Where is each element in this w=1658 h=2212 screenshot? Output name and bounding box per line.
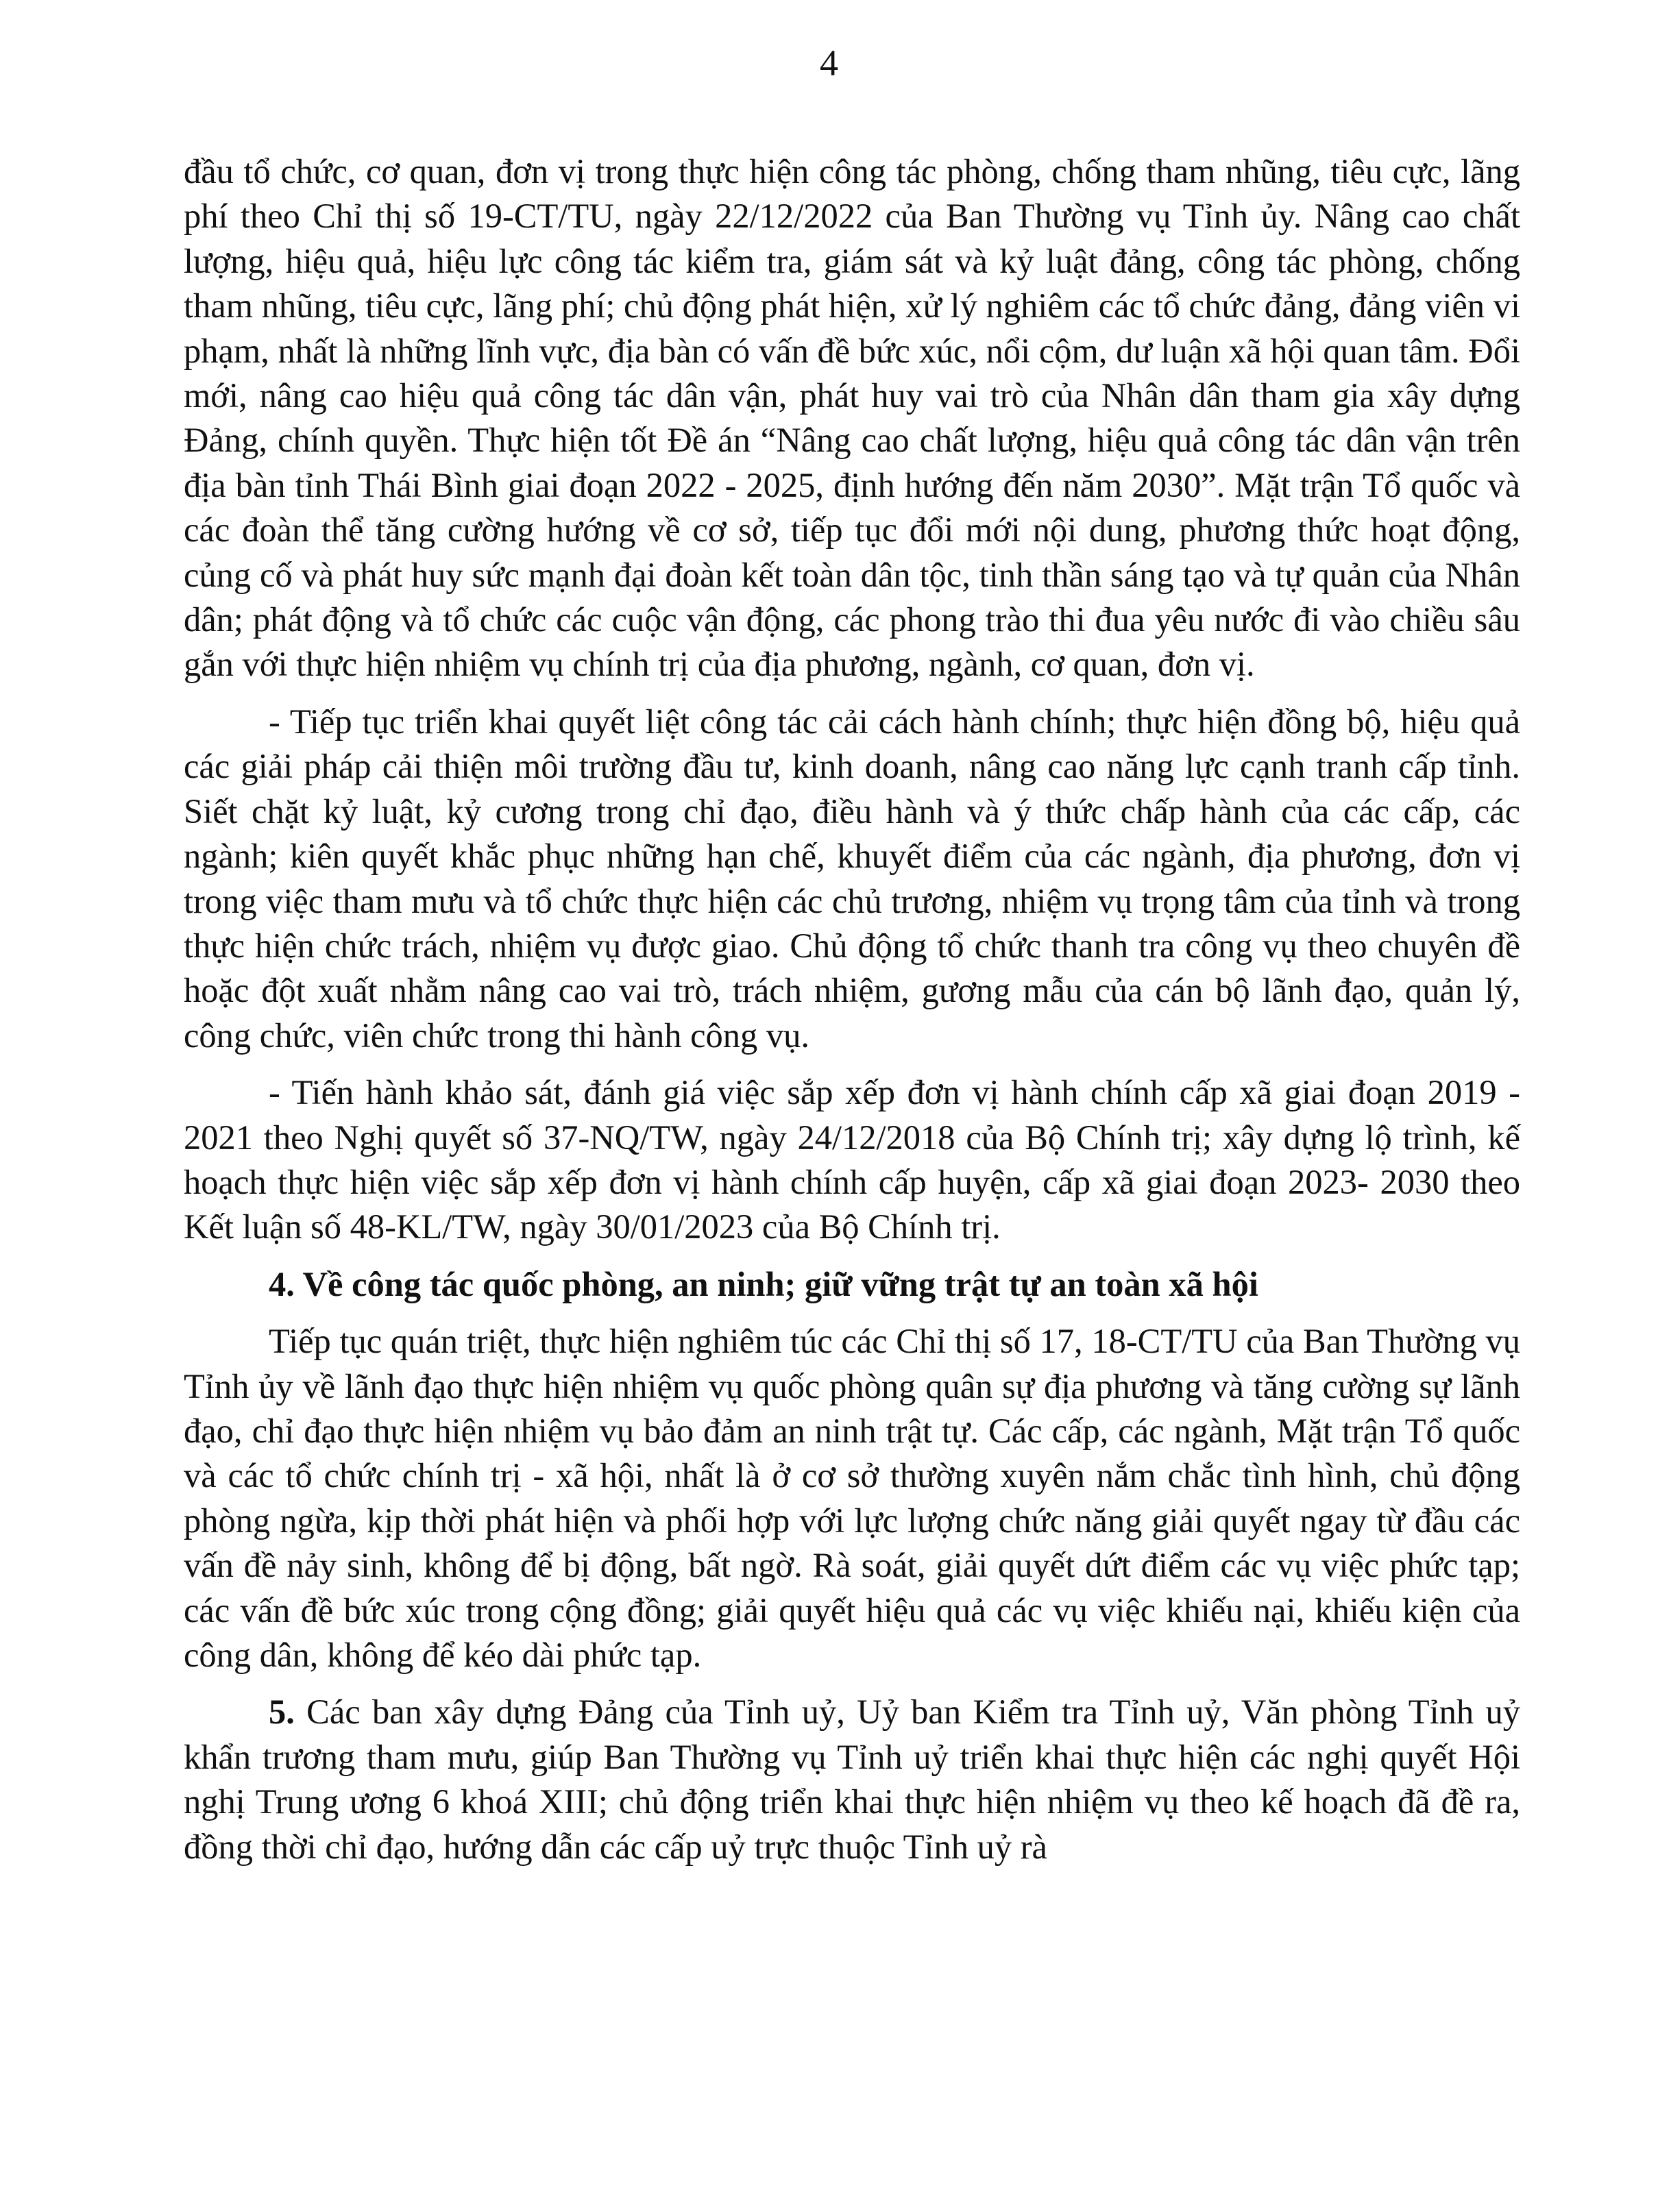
section-5-text: Các ban xây dựng Đảng của Tỉnh uỷ, Uỷ ba… bbox=[184, 1693, 1520, 1865]
section-5-paragraph: 5. Các ban xây dựng Đảng của Tỉnh uỷ, Uỷ… bbox=[184, 1690, 1520, 1869]
paragraph-admin-reform: - Tiếp tục triển khai quyết liệt công tá… bbox=[184, 700, 1520, 1058]
paragraph-continuation: đầu tổ chức, cơ quan, đơn vị trong thực … bbox=[184, 149, 1520, 687]
section-4-paragraph: Tiếp tục quán triệt, thực hiện nghiêm tú… bbox=[184, 1319, 1520, 1678]
section-4-heading: 4. Về công tác quốc phòng, an ninh; giữ … bbox=[184, 1262, 1520, 1307]
page-number: 4 bbox=[0, 42, 1658, 84]
paragraph-admin-unit-arrangement: - Tiến hành khảo sát, đánh giá việc sắp … bbox=[184, 1070, 1520, 1250]
document-body: đầu tổ chức, cơ quan, đơn vị trong thực … bbox=[184, 149, 1520, 1869]
section-5-number: 5. bbox=[269, 1693, 295, 1731]
